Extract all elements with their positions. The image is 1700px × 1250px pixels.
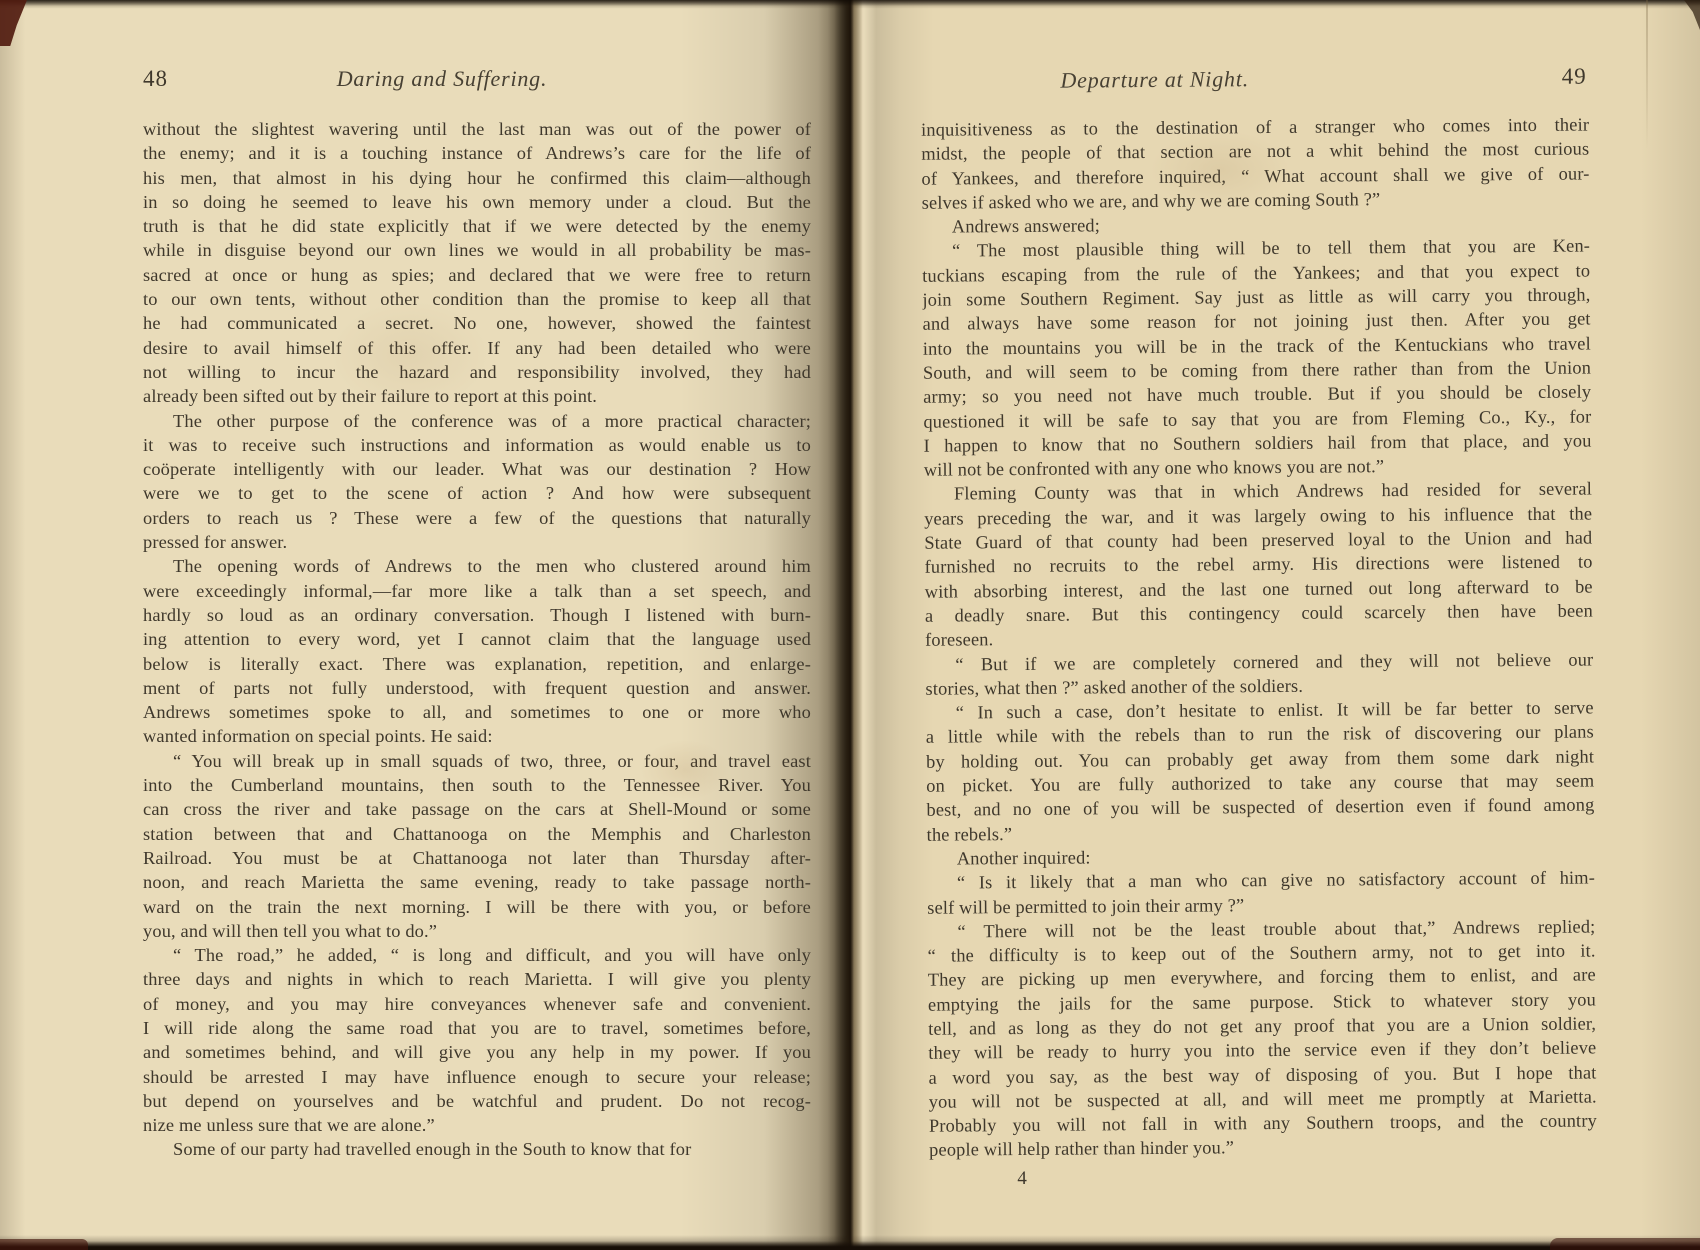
text-line: to our own tents, without other conditio… xyxy=(143,287,811,311)
book-scan-photo: 48 Daring and Suffering. without the sli… xyxy=(0,0,1700,1250)
text-line: sacred at once or hung as spies; and dec… xyxy=(143,263,811,287)
text-line: it was to receive such instructions and … xyxy=(143,433,811,457)
text-line: ing attention to every word, yet I canno… xyxy=(143,627,811,651)
text-line: I will ride along the same road that you… xyxy=(143,1016,811,1040)
text-line: he had communicated a secret. No one, ho… xyxy=(143,311,811,335)
page-text-left: without the slightest wavering until the… xyxy=(143,117,811,1162)
text-line: wanted information on special points. He… xyxy=(143,724,811,748)
text-line: without the slightest wavering until the… xyxy=(143,117,811,141)
text-line: you, and will then tell you what to do.” xyxy=(143,919,811,943)
text-line: desire to avail himself of this offer. I… xyxy=(143,336,811,360)
text-line: The other purpose of the conference was … xyxy=(143,409,811,433)
text-line: the enemy; and it is a touching instance… xyxy=(143,141,811,165)
text-line: The opening words of Andrews to the men … xyxy=(143,554,811,578)
right-page-content: Departure at Night. 49 inquisitiveness a… xyxy=(844,0,1700,1250)
text-line: were we to get to the scene of action ? … xyxy=(143,481,811,505)
text-line: truth is that he did state explicitly th… xyxy=(143,214,811,238)
text-line: his men, that almost in his dying hour h… xyxy=(143,166,811,190)
left-running-header: Daring and Suffering. xyxy=(108,66,776,92)
text-line: below is literally exact. There was expl… xyxy=(143,652,811,676)
text-line: noon, and reach Marietta the same evenin… xyxy=(143,870,811,894)
text-line: and sometimes behind, and will give you … xyxy=(143,1040,811,1064)
text-line: “ You will break up in small squads of t… xyxy=(143,749,811,773)
text-line: into the Cumberland mountains, then sout… xyxy=(143,773,811,797)
text-line: nize me unless sure that we are alone.” xyxy=(143,1113,811,1137)
text-line: Andrews sometimes spoke to all, and some… xyxy=(143,700,811,724)
text-line: but depend on yourselves and be watchful… xyxy=(143,1089,811,1113)
text-line: “ The road,” he added, “ is long and dif… xyxy=(143,943,811,967)
text-line: in so doing he seemed to leave his own m… xyxy=(143,190,811,214)
text-line: ment of parts not fully understood, with… xyxy=(143,676,811,700)
text-line: people will help rather than hinder you.… xyxy=(929,1133,1597,1163)
text-line: Railroad. You must be at Chattanooga not… xyxy=(143,846,811,870)
right-page-header: Departure at Night. 49 xyxy=(921,64,1589,99)
page-text-right: inquisitiveness as to the destination of… xyxy=(921,113,1597,1192)
text-line: station between that and Chattanooga on … xyxy=(143,822,811,846)
text-line: were exceedingly informal,—far more like… xyxy=(143,579,811,603)
right-running-header: Departure at Night. xyxy=(821,64,1489,95)
text-line: can cross the river and take passage on … xyxy=(143,797,811,821)
text-line: ward on the train the next morning. I wi… xyxy=(143,895,811,919)
text-line: hardly so loud as an ordinary conversati… xyxy=(143,603,811,627)
text-line: while in disguise beyond our own lines w… xyxy=(143,238,811,262)
left-page: 48 Daring and Suffering. without the sli… xyxy=(0,0,849,1250)
right-page-number: 49 xyxy=(1562,64,1587,90)
left-page-header: 48 Daring and Suffering. xyxy=(143,66,811,96)
text-line: three days and nights in which to reach … xyxy=(143,967,811,991)
text-line: of money, and you may hire conveyances w… xyxy=(143,992,811,1016)
text-line: coöperate intelligently with our leader.… xyxy=(143,457,811,481)
right-page: Departure at Night. 49 inquisitiveness a… xyxy=(849,0,1700,1250)
text-line: already been sifted out by their failure… xyxy=(143,384,811,408)
text-line: Some of our party had travelled enough i… xyxy=(143,1137,811,1161)
signature-mark: 4 xyxy=(929,1162,1597,1191)
text-line: pressed for answer. xyxy=(143,530,811,554)
text-line: orders to reach us ? These were a few of… xyxy=(143,506,811,530)
text-line: not willing to incur the hazard and resp… xyxy=(143,360,811,384)
text-line: should be arrested I may have influence … xyxy=(143,1065,811,1089)
